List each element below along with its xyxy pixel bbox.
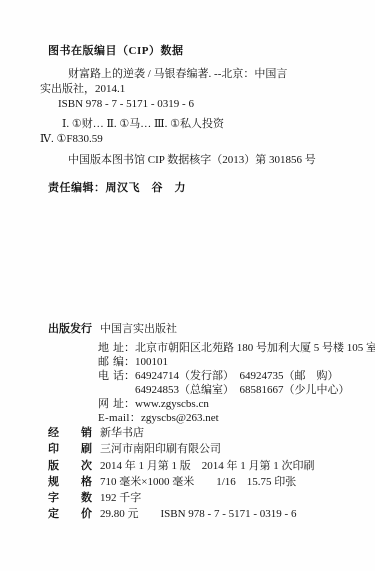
phone-value-continuation: 64924853（总编室） 68581667（少儿中心） bbox=[135, 383, 350, 397]
email-value: zgyscbs@263.net bbox=[141, 411, 219, 425]
publisher-label: 出版发行 bbox=[48, 322, 92, 337]
cip-classification: Ⅰ. ①财… Ⅱ. ①马… Ⅲ. ①私人投资 bbox=[62, 117, 375, 132]
label-colon bbox=[124, 383, 135, 397]
postcode-label-char: 邮 bbox=[98, 355, 109, 369]
printer-label-char: 刷 bbox=[81, 441, 92, 457]
price-value: 29.80 元 bbox=[100, 506, 139, 522]
price-row-isbn: ISBN 978 - 7 - 5171 - 0319 - 6 bbox=[161, 506, 297, 522]
address-label-char: 址 bbox=[113, 341, 124, 355]
cip-classification-continuation: Ⅳ. ①F830.59 bbox=[40, 132, 375, 147]
phone-label-char: 电 bbox=[98, 369, 109, 383]
format-label: 规格 bbox=[48, 474, 92, 490]
distribution-label-char: 经 bbox=[48, 425, 59, 441]
label-colon: ： bbox=[124, 355, 135, 369]
postcode-row: 邮编：100101 bbox=[98, 355, 375, 369]
postcode-value: 100101 bbox=[135, 355, 168, 369]
email-label: E-mail： bbox=[98, 411, 141, 425]
edition-label-char: 版 bbox=[48, 458, 59, 474]
address-label-char: 地 bbox=[98, 341, 109, 355]
publisher-row: 出版发行 中国言实出版社 bbox=[0, 322, 375, 337]
cip-block: 图书在版编目（CIP）数据 财富路上的逆袭 / 马银春编著. --北京：中国言 … bbox=[0, 44, 375, 168]
imprint-rows: 经销 新华书店 印刷 三河市南阳印刷有限公司 版次 2014 年 1 月第 1 … bbox=[0, 425, 375, 523]
wordcount-value: 192 千字 bbox=[100, 490, 141, 506]
wordcount-label: 字数 bbox=[48, 490, 92, 506]
postcode-label: 邮编 bbox=[98, 355, 124, 369]
website-value: www.zgyscbs.cn bbox=[135, 397, 209, 411]
phone-label: 电话 bbox=[98, 369, 124, 383]
cip-isbn: ISBN 978 - 7 - 5171 - 0319 - 6 bbox=[58, 97, 375, 112]
label-colon: ： bbox=[124, 341, 135, 355]
printer-row: 印刷 三河市南阳印刷有限公司 bbox=[0, 441, 375, 457]
distribution-value: 新华书店 bbox=[100, 425, 144, 441]
address-row: 地址：北京市朝阳区北苑路 180 号加利大厦 5 号楼 105 室 bbox=[98, 341, 375, 355]
distribution-row: 经销 新华书店 bbox=[0, 425, 375, 441]
postcode-label-char: 编 bbox=[113, 355, 124, 369]
printer-label: 印刷 bbox=[48, 441, 92, 457]
printer-value: 三河市南阳印刷有限公司 bbox=[100, 441, 221, 457]
publisher-details: 地址：北京市朝阳区北苑路 180 号加利大厦 5 号楼 105 室 邮编：100… bbox=[0, 341, 375, 425]
website-label: 网址 bbox=[98, 397, 124, 411]
responsible-editor-names: 周汉飞 谷 力 bbox=[106, 182, 187, 194]
website-label-char: 址 bbox=[113, 397, 124, 411]
wordcount-row: 字数 192 千字 bbox=[0, 490, 375, 506]
label-colon: ： bbox=[124, 369, 135, 383]
format-label-char: 格 bbox=[81, 474, 92, 490]
publication-block: 出版发行 中国言实出版社 地址：北京市朝阳区北苑路 180 号加利大厦 5 号楼… bbox=[0, 322, 375, 523]
responsible-editor-line: 责任编辑：周汉飞 谷 力 bbox=[48, 181, 375, 196]
edition-row: 版次 2014 年 1 月第 1 版 2014 年 1 月第 1 次印刷 bbox=[0, 458, 375, 474]
email-row: E-mail：zgyscbs@263.net bbox=[98, 411, 375, 425]
website-label-char: 网 bbox=[98, 397, 109, 411]
cip-title-continuation: 实出版社，2014.1 bbox=[40, 82, 375, 97]
distribution-label: 经销 bbox=[48, 425, 92, 441]
cip-header: 图书在版编目（CIP）数据 bbox=[48, 44, 375, 59]
price-label: 定价 bbox=[48, 506, 92, 522]
label-colon: ： bbox=[124, 397, 135, 411]
format-value: 710 毫米×1000 毫米 1/16 15.75 印张 bbox=[100, 474, 296, 490]
format-label-char: 规 bbox=[48, 474, 59, 490]
responsible-editor-label: 责任编辑： bbox=[48, 182, 106, 194]
address-label: 地址 bbox=[98, 341, 124, 355]
phone-label-empty bbox=[98, 383, 124, 397]
price-label-char: 定 bbox=[48, 506, 59, 522]
phone-label-char: 话 bbox=[113, 369, 124, 383]
book-copyright-page: 图书在版编目（CIP）数据 财富路上的逆袭 / 马银春编著. --北京：中国言 … bbox=[0, 0, 375, 571]
edition-value: 2014 年 1 月第 1 版 2014 年 1 月第 1 次印刷 bbox=[100, 458, 315, 474]
phone-row: 电话：64924714（发行部） 64924735（邮 购） bbox=[98, 369, 375, 383]
distribution-label-char: 销 bbox=[81, 425, 92, 441]
wordcount-label-char: 数 bbox=[81, 490, 92, 506]
printer-label-char: 印 bbox=[48, 441, 59, 457]
phone-value: 64924714（发行部） 64924735（邮 购） bbox=[135, 369, 339, 383]
price-label-char: 价 bbox=[81, 506, 92, 522]
price-row: 定价 29.80 元 ISBN 978 - 7 - 5171 - 0319 - … bbox=[0, 506, 375, 522]
wordcount-label-char: 字 bbox=[48, 490, 59, 506]
website-row: 网址：www.zgyscbs.cn bbox=[98, 397, 375, 411]
address-value: 北京市朝阳区北苑路 180 号加利大厦 5 号楼 105 室 bbox=[135, 341, 375, 355]
edition-label-char: 次 bbox=[81, 458, 92, 474]
format-row: 规格 710 毫米×1000 毫米 1/16 15.75 印张 bbox=[0, 474, 375, 490]
cip-registry-number: 中国版本图书馆 CIP 数据核字（2013）第 301856 号 bbox=[68, 153, 375, 168]
edition-label: 版次 bbox=[48, 458, 92, 474]
phone-row-continuation: 64924853（总编室） 68581667（少儿中心） bbox=[98, 383, 375, 397]
cip-title-line: 财富路上的逆袭 / 马银春编著. --北京：中国言 bbox=[68, 67, 375, 82]
publisher-value: 中国言实出版社 bbox=[100, 322, 177, 337]
